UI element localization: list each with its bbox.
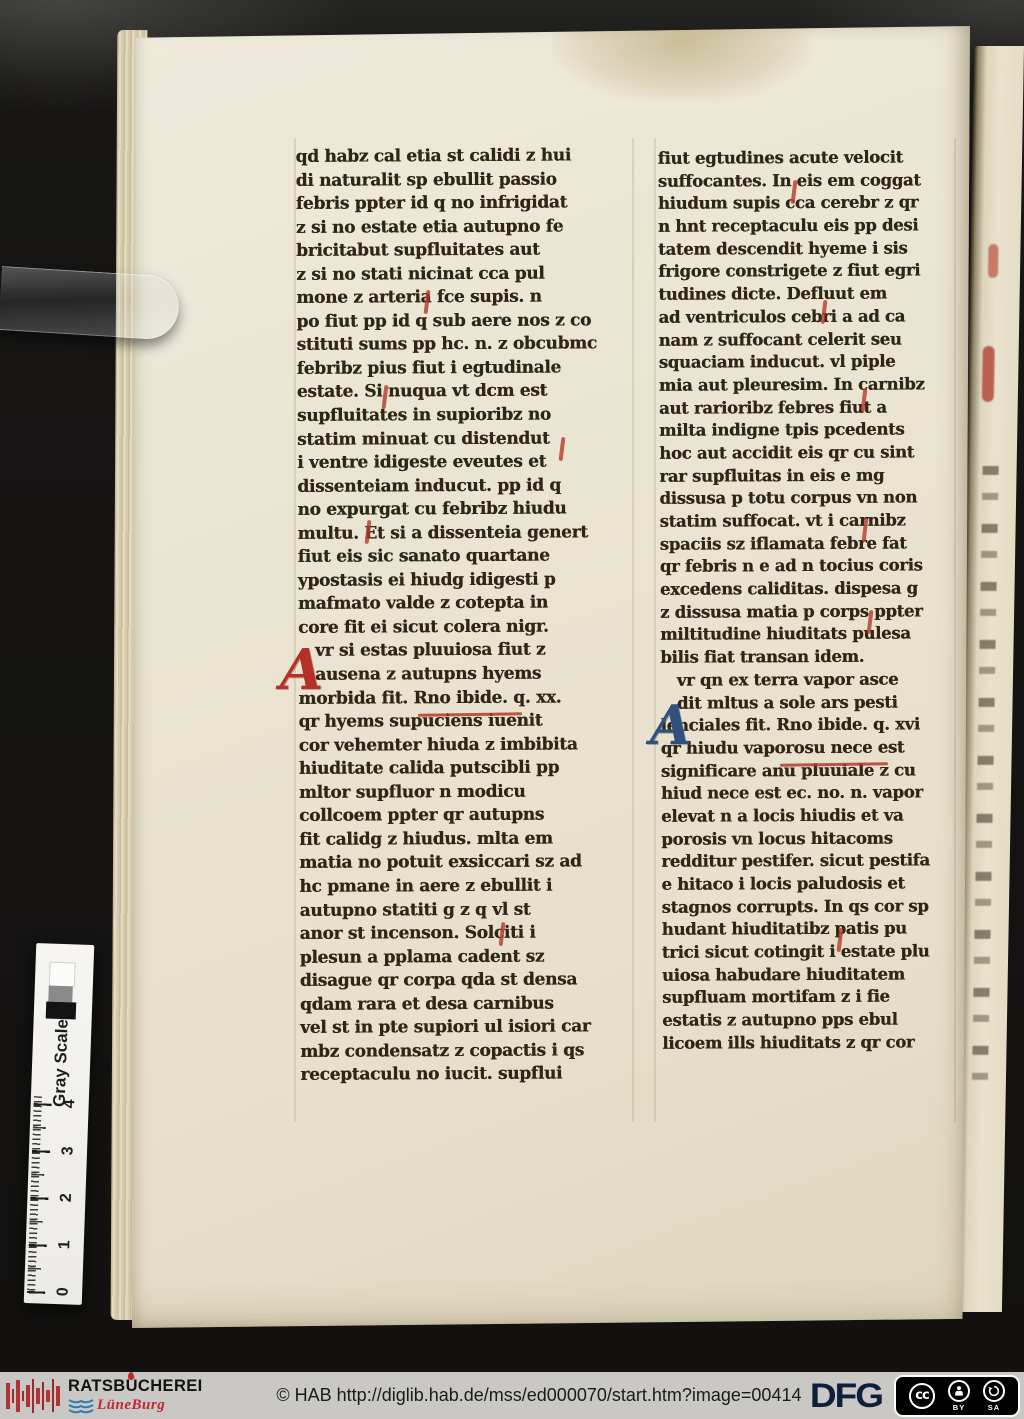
- manuscript-line: n hnt receptaculu eis pp desi: [658, 215, 958, 239]
- manuscript-line: cor vehemter hiuda z imbibita: [299, 734, 633, 759]
- manuscript-line: trici sicut cotingit i estate plu: [662, 941, 962, 965]
- library-name: RATSBÜCHEREI: [68, 1377, 203, 1396]
- blue-initial-letter: A: [650, 698, 692, 752]
- manuscript-page: qd habz cal etia st calidi z huidi natur…: [132, 26, 970, 1328]
- manuscript-line: supfluam mortifam z i fie: [662, 987, 962, 1011]
- red-umlaut-dot: [128, 1372, 134, 1380]
- manuscript-line: statim minuat cu distendut: [297, 428, 631, 453]
- cc-icon: cc: [909, 1383, 935, 1409]
- manuscript-line: z si no estate etia autupno fe: [296, 216, 630, 241]
- manuscript-line: mltor supfluor n modicu: [299, 781, 633, 806]
- manuscript-line: frigore constrigete z fiut egri: [658, 261, 958, 285]
- cc-by-label: BY: [953, 1403, 965, 1412]
- manuscript-line: plesun a pplama cadent sz: [300, 946, 634, 971]
- manuscript-line: febris ppter id q no infrigidat: [296, 192, 630, 217]
- manuscript-line: statim suffocat. vt i carnibz: [660, 510, 960, 534]
- manuscript-line: po fiut pp id q sub aere nos z co: [296, 310, 630, 335]
- manuscript-line: spaciis sz iflamata febre fat: [660, 533, 960, 557]
- manuscript-line: bricitabut supfluitates aut: [296, 239, 630, 264]
- manuscript-line: dissusa p totu corpus vn non: [659, 488, 959, 512]
- calibration-patch-white: [49, 962, 76, 988]
- manuscript-line: hoc aut accidit eis qr cu sint: [659, 442, 959, 466]
- ruler-number: 2: [43, 1186, 91, 1210]
- manuscript-line: fiut egtudines acute velocit: [658, 147, 958, 171]
- manuscript-line: milta indigne tpis pcedents: [659, 419, 959, 443]
- manuscript-line: dissenteiam inducut. pp id q: [297, 475, 631, 500]
- photo-area: qd habz cal etia st calidi z huidi natur…: [0, 0, 1024, 1372]
- manuscript-line: collcoem ppter qr autupns: [299, 804, 633, 829]
- manuscript-line: redditur pestifer. sicut pestifa: [661, 851, 961, 875]
- manuscript-line: hiuditate calida putscibli pp: [299, 757, 633, 782]
- manuscript-line: qdam rara et desa carnibus: [300, 993, 634, 1018]
- next-page-red-initial: [982, 346, 995, 402]
- manuscript-line: squaciam inducut. vl piple: [659, 351, 959, 375]
- manuscript-line: suffocantes. In eis em coggat: [658, 170, 958, 194]
- manuscript-line: ad ventriculos cebri a ad ca: [658, 306, 958, 330]
- manuscript-line: i ventre idigeste eveutes et: [297, 451, 631, 476]
- manuscript-line: mia aut pleuresim. In carnibz: [659, 374, 959, 398]
- manuscript-line: vr qn ex terra vapor asce: [660, 669, 960, 693]
- manuscript-line: lenciales fit. Rno ibide. q. xvi: [661, 714, 961, 738]
- manuscript-line: morbida fit. Rno ibide. q. xx.: [298, 687, 632, 712]
- manuscript-line: vr si estas pluuiosa fiut z: [298, 640, 632, 665]
- manuscript-line: qr febris n e ad n tocius coris: [660, 556, 960, 580]
- manuscript-line: anor st incenson. Solciti i: [300, 922, 634, 947]
- text-column-left: qd habz cal etia st calidi z huidi natur…: [296, 145, 635, 1089]
- ruler-number: 4: [46, 1092, 94, 1116]
- ratsbuecherei-bars-icon: [6, 1376, 60, 1416]
- cc-sa-label: SA: [988, 1403, 1000, 1412]
- manuscript-line: no expurgat cu febribz hiudu: [297, 498, 631, 523]
- manuscript-line: core fit ei sicut colera nigr.: [298, 616, 632, 641]
- lueneburg-book-icon: [68, 1397, 94, 1414]
- manuscript-line: uiosa habudare hiuditatem: [662, 964, 962, 988]
- ruler-number-scale: 43210: [51, 1080, 81, 1316]
- manuscript-line: matia no potuit exsiccari sz ad: [299, 852, 633, 877]
- manuscript-line: ypostasis ei hiudg idigesti p: [298, 569, 632, 594]
- copyright-attribution-link[interactable]: © HAB http://diglib.hab.de/mss/ed000070/…: [268, 1385, 810, 1406]
- ruler-number: 1: [41, 1233, 89, 1257]
- manuscript-line: e hitaco i locis paludosis et: [661, 873, 961, 897]
- manuscript-line: autupno statiti g z q vl st: [299, 899, 633, 924]
- manuscript-line: excedens caliditas. dispesa g: [660, 578, 960, 602]
- digitized-manuscript-photo: { "colors":{ "background":"#151413","pag…: [0, 0, 1024, 1419]
- manuscript-line: ausena z autupns hyems: [298, 663, 632, 688]
- next-page-red-mark: [988, 244, 999, 278]
- footer-bar: RATSBÜCHEREI LüneBurg © HAB http://digli…: [0, 1372, 1024, 1419]
- manuscript-line: z dissusa matia p corps ppter: [660, 601, 960, 625]
- manuscript-line: disague qr corpa qda st densa: [300, 969, 634, 994]
- text-column-right: fiut egtudines acute velocitsuffocantes.…: [658, 147, 963, 1056]
- manuscript-line: vel st in pte supiori ul isiori car: [300, 1016, 634, 1041]
- manuscript-line: febribz pius fiut i egtudinale: [297, 357, 631, 382]
- ratsbuecherei-logo: RATSBÜCHEREI LüneBurg: [0, 1376, 268, 1416]
- cc-license-badge[interactable]: cc BY SA: [894, 1375, 1020, 1417]
- manuscript-line: bilis fiat transan idem.: [660, 646, 960, 670]
- manuscript-line: stagnos corrupts. In qs cor sp: [662, 896, 962, 920]
- calibration-patch-black: [46, 1001, 77, 1019]
- manuscript-line: rar supfluitas in eis e mg: [659, 465, 959, 489]
- manuscript-line: hiudum supis cca cerebr z qr: [658, 193, 958, 217]
- ruling-line: [654, 138, 656, 1122]
- manuscript-line: di naturalit sp ebullit passio: [296, 169, 630, 194]
- manuscript-line: hudant hiuditatibz patis pu: [662, 919, 962, 943]
- gray-scale-ruler: Gray Scale 43210: [24, 943, 95, 1305]
- page-stain: [552, 16, 812, 102]
- manuscript-line: receptaculu no iucit. supflui: [300, 1063, 634, 1088]
- manuscript-line: supfluitates in supioribz no: [297, 404, 631, 429]
- page-holder-strip: [0, 266, 181, 341]
- calibration-patch-gray: [48, 986, 73, 1003]
- manuscript-line: aut rarioribz febres fiut a: [659, 397, 959, 421]
- cc-sa-arrow-icon: [983, 1380, 1005, 1402]
- manuscript-line: stituti sums pp hc. n. z obcubmc: [297, 334, 631, 359]
- manuscript-line: qr hiudu vaporosu nece est: [661, 737, 961, 761]
- manuscript-line: qd habz cal etia st calidi z hui: [296, 145, 630, 170]
- manuscript-line: tudines dicte. Defluut em: [658, 283, 958, 307]
- manuscript-line: mbz condensatz z copactis i qs: [300, 1040, 634, 1065]
- next-page-text-fragments: [972, 466, 999, 1086]
- manuscript-line: mafmato valde z cotepta in: [298, 593, 632, 618]
- manuscript-line: fiut eis sic sanato quartane: [298, 545, 632, 570]
- ruler-number: 0: [39, 1280, 87, 1304]
- manuscript-line: miltitudine hiuditats pulesa: [660, 624, 960, 648]
- manuscript-line: fit calidg z hiudus. mlta em: [299, 828, 633, 853]
- library-city: LüneBurg: [97, 1397, 165, 1414]
- cc-by-person-icon: [948, 1380, 970, 1402]
- manuscript-line: multu. Et si a dissenteia genert: [298, 522, 632, 547]
- manuscript-line: licoem ills hiuditats z qr cor: [662, 1032, 962, 1056]
- manuscript-line: nam z suffocant celerit seu: [659, 329, 959, 353]
- manuscript-line: estate. Si nuqua vt dcm est: [297, 381, 631, 406]
- manuscript-line: z si no stati nicinat cca pul: [296, 263, 630, 288]
- manuscript-line: tatem descendit hyeme i sis: [658, 238, 958, 262]
- manuscript-line: estatis z autupno pps ebul: [662, 1009, 962, 1033]
- dfg-logo: DFG: [810, 1376, 882, 1415]
- manuscript-line: hiud nece est ec. no. n. vapor: [661, 782, 961, 806]
- manuscript-line: porosis vn locus hitacoms: [661, 828, 961, 852]
- manuscript-line: mone z arteria fce supis. n: [296, 286, 630, 311]
- ruler-number: 3: [44, 1139, 92, 1163]
- red-initial-letter: A: [280, 642, 323, 698]
- manuscript-line: elevat n a locis hiudis et va: [661, 805, 961, 829]
- manuscript-line: dit mltus a sole ars pesti: [660, 692, 960, 716]
- manuscript-line: hc pmane in aere z ebullit i: [299, 875, 633, 900]
